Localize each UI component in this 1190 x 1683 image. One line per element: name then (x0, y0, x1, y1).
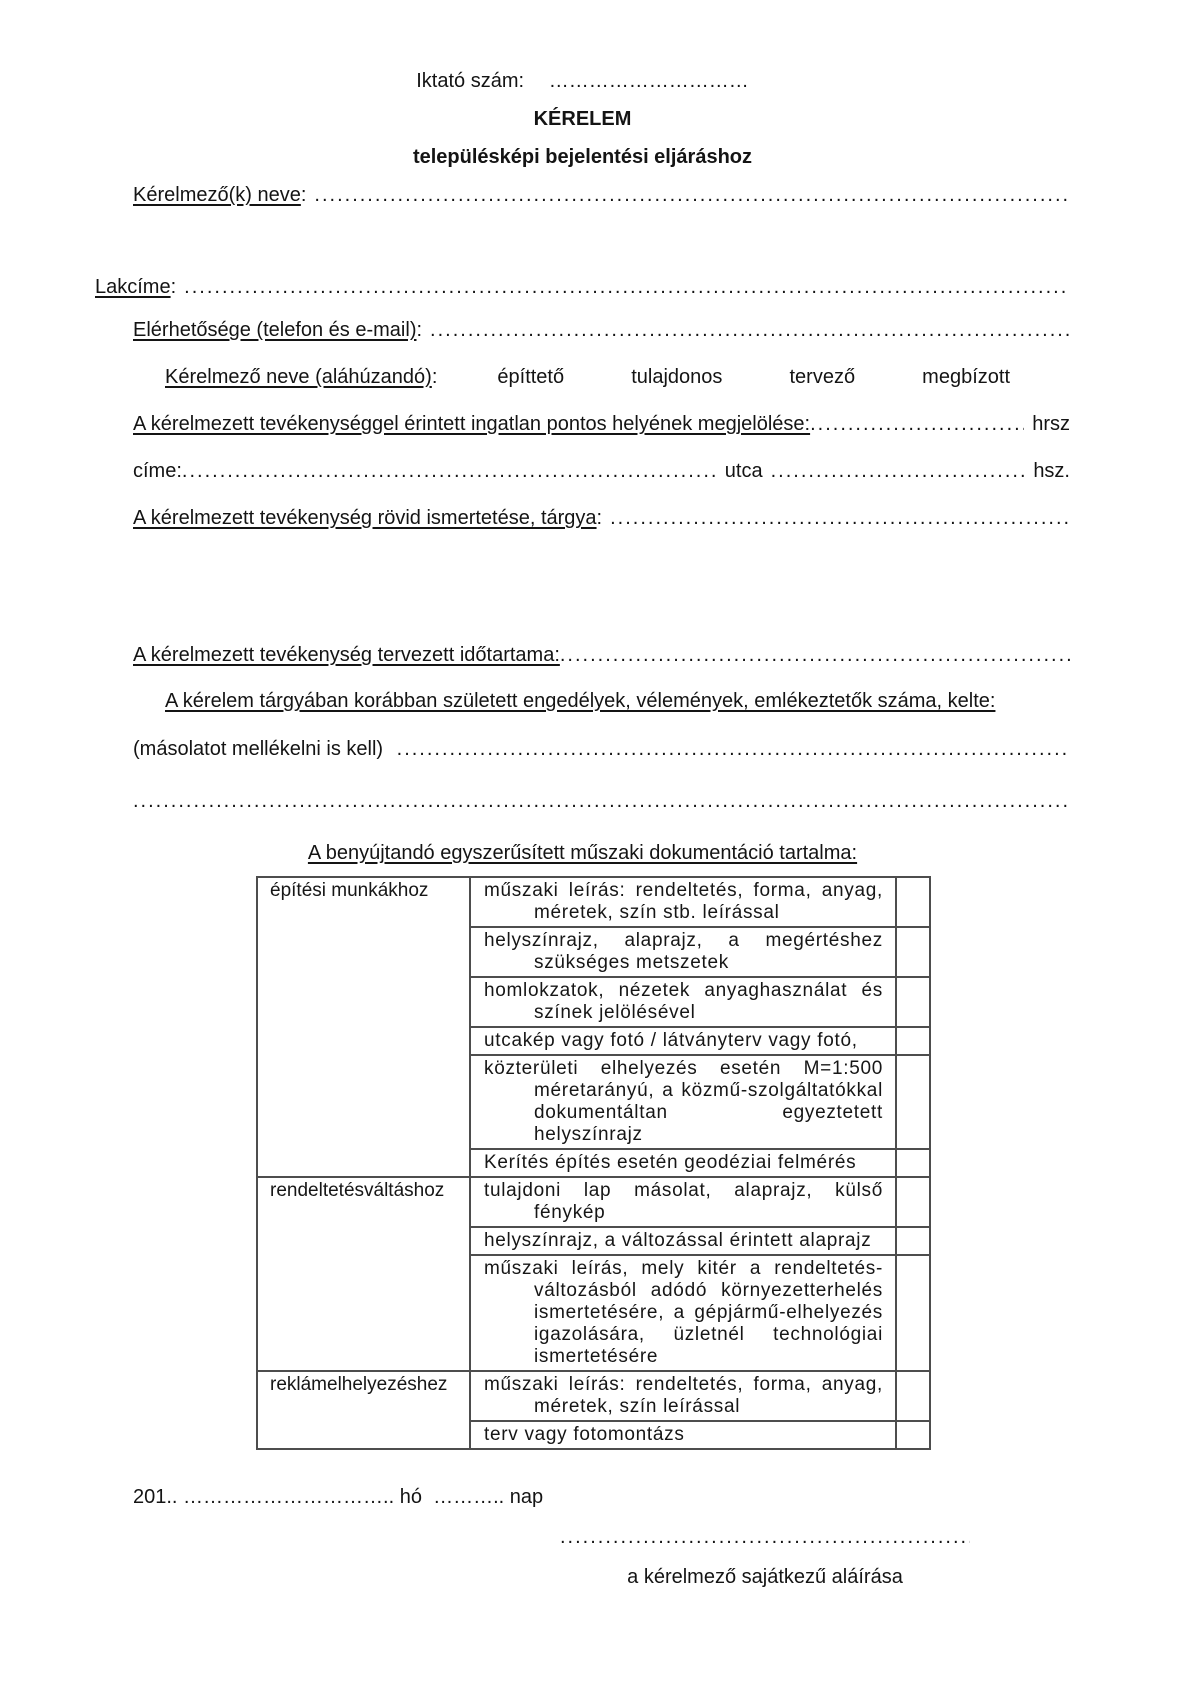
home-address-label: Lakcíme (95, 272, 171, 302)
doc-item: műszaki leírás: rendeltetés, forma, anya… (484, 1374, 883, 1418)
activity-duration-blank[interactable]: ........................................… (560, 640, 1070, 670)
property-address-line: címe: ..................................… (95, 456, 1070, 486)
role-option-builder[interactable]: építtető (497, 362, 564, 392)
table-row: reklámelhelyezéshez műszaki leírás: rend… (257, 1371, 930, 1421)
property-address-label: címe: (133, 456, 182, 486)
property-parcel-blank[interactable]: ........................................… (810, 409, 1024, 439)
prior-permits-label: A kérelem tárgyában korábban született e… (165, 690, 995, 712)
applicant-role-label: Kérelmező neve (aláhúzandó) (165, 362, 432, 392)
applicant-role-line: Kérelmező neve (aláhúzandó) : építtető t… (95, 362, 1070, 392)
checkbox-cell[interactable] (896, 1055, 930, 1149)
signature-blank[interactable]: ........................................… (560, 1522, 970, 1552)
home-address-line: Lakcíme : ..............................… (95, 272, 1070, 302)
checkbox-cell[interactable] (896, 927, 930, 977)
house-number-blank[interactable]: ........................................… (771, 456, 1026, 486)
contact-line: Elérhetősége (telefon és e-mail) : .....… (95, 315, 1070, 345)
category-advertisement: reklámelhelyezéshez (257, 1371, 470, 1449)
checkbox-cell[interactable] (896, 1421, 930, 1449)
doc-item: terv vagy fotomontázs (484, 1424, 883, 1446)
documentation-table: építési munkákhoz műszaki leírás: rendel… (256, 876, 931, 1450)
doc-item: tulajdoni lap másolat, alaprajz, külső f… (484, 1180, 883, 1224)
copy-note-blank[interactable]: ........................................… (397, 734, 1070, 764)
doc-item: helyszínrajz, alaprajz, a megértéshez sz… (484, 930, 883, 974)
checkbox-cell[interactable] (896, 1255, 930, 1371)
category-change-of-use: rendeltetésváltáshoz (257, 1177, 470, 1371)
signature-block: ........................................… (560, 1522, 970, 1592)
copy-note-line: (másolatot mellékelni is kell) .........… (95, 734, 1070, 764)
documentation-heading: A benyújtandó egyszerűsített műszaki dok… (95, 838, 1070, 868)
doc-item: homlokzatok, nézetek anyaghasználat és s… (484, 980, 883, 1024)
checkbox-cell[interactable] (896, 1149, 930, 1177)
copy-note-label: (másolatot mellékelni is kell) (133, 734, 383, 764)
date-line[interactable]: 201.. ………………………….. hó ……….. nap (95, 1482, 1070, 1512)
applicant-role-options: építtető tulajdonos tervező megbízott (445, 362, 1070, 392)
checkbox-cell[interactable] (896, 877, 930, 927)
doc-item: közterületi elhelyezés esetén M=1:500 mé… (484, 1058, 883, 1146)
checkbox-cell[interactable] (896, 977, 930, 1027)
continuation-blank[interactable]: ........................................… (133, 786, 1070, 816)
role-option-designer[interactable]: tervező (789, 362, 855, 392)
form-title: KÉRELEM (95, 104, 1070, 134)
checkbox-cell[interactable] (896, 1227, 930, 1255)
checkbox-cell[interactable] (896, 1371, 930, 1421)
activity-duration-line: A kérelmezett tevékenység tervezett időt… (95, 640, 1070, 670)
prior-permits-line: A kérelem tárgyában korábban született e… (95, 686, 1070, 716)
activity-subject-blank[interactable]: ........................................… (610, 503, 1070, 533)
doc-item: utcakép vagy fotó / látványterv vagy fot… (484, 1030, 883, 1052)
applicant-name-label: Kérelmező(k) neve (133, 180, 301, 210)
table-row: építési munkákhoz műszaki leírás: rendel… (257, 877, 930, 927)
activity-subject-line: A kérelmezett tevékenység rövid ismertet… (95, 503, 1070, 533)
doc-item: műszaki leírás: rendeltetés, forma, anya… (484, 880, 883, 924)
continuation-blank-line: ........................................… (95, 786, 1070, 816)
contact-label: Elérhetősége (telefon és e-mail) (133, 315, 416, 345)
registry-number-label: Iktató szám: (416, 70, 524, 92)
category-construction-works: építési munkákhoz (257, 877, 470, 1177)
checkbox-cell[interactable] (896, 1177, 930, 1227)
street-suffix: utca (725, 456, 763, 486)
applicant-name-line: Kérelmező(k) neve : ....................… (95, 180, 1070, 210)
doc-item: helyszínrajz, a változással érintett ala… (484, 1230, 883, 1252)
applicant-name-blank[interactable]: ........................................… (314, 180, 1070, 210)
home-address-blank[interactable]: ........................................… (184, 272, 1070, 302)
house-number-suffix: hsz. (1033, 456, 1070, 486)
contact-blank[interactable]: ........................................… (430, 315, 1070, 345)
activity-subject-label: A kérelmezett tevékenység rövid ismertet… (133, 503, 597, 533)
registry-number-line: Iktató szám: ………………………… (95, 66, 1070, 96)
role-option-owner[interactable]: tulajdonos (631, 362, 722, 392)
doc-item: műszaki leírás, mely kitér a rendeltetés… (484, 1258, 883, 1368)
street-blank[interactable]: ........................................… (182, 456, 717, 486)
role-option-agent[interactable]: megbízott (922, 362, 1010, 392)
signature-caption: a kérelmező sajátkezű aláírása (560, 1562, 970, 1592)
activity-duration-label: A kérelmezett tevékenység tervezett időt… (133, 640, 560, 670)
property-location-label: A kérelmezett tevékenységgel érintett in… (133, 409, 810, 439)
checkbox-cell[interactable] (896, 1027, 930, 1055)
doc-item: Kerítés építés esetén geodéziai felmérés (484, 1152, 883, 1174)
property-location-line: A kérelmezett tevékenységgel érintett in… (95, 409, 1070, 439)
registry-number-blank[interactable]: ………………………… (549, 70, 749, 92)
form-page: Iktató szám: ………………………… KÉRELEM települé… (0, 0, 1190, 1683)
table-row: rendeltetésváltáshoz tulajdoni lap másol… (257, 1177, 930, 1227)
form-subtitle: településképi bejelentési eljáráshoz (95, 142, 1070, 172)
parcel-suffix: hrsz (1032, 409, 1070, 439)
